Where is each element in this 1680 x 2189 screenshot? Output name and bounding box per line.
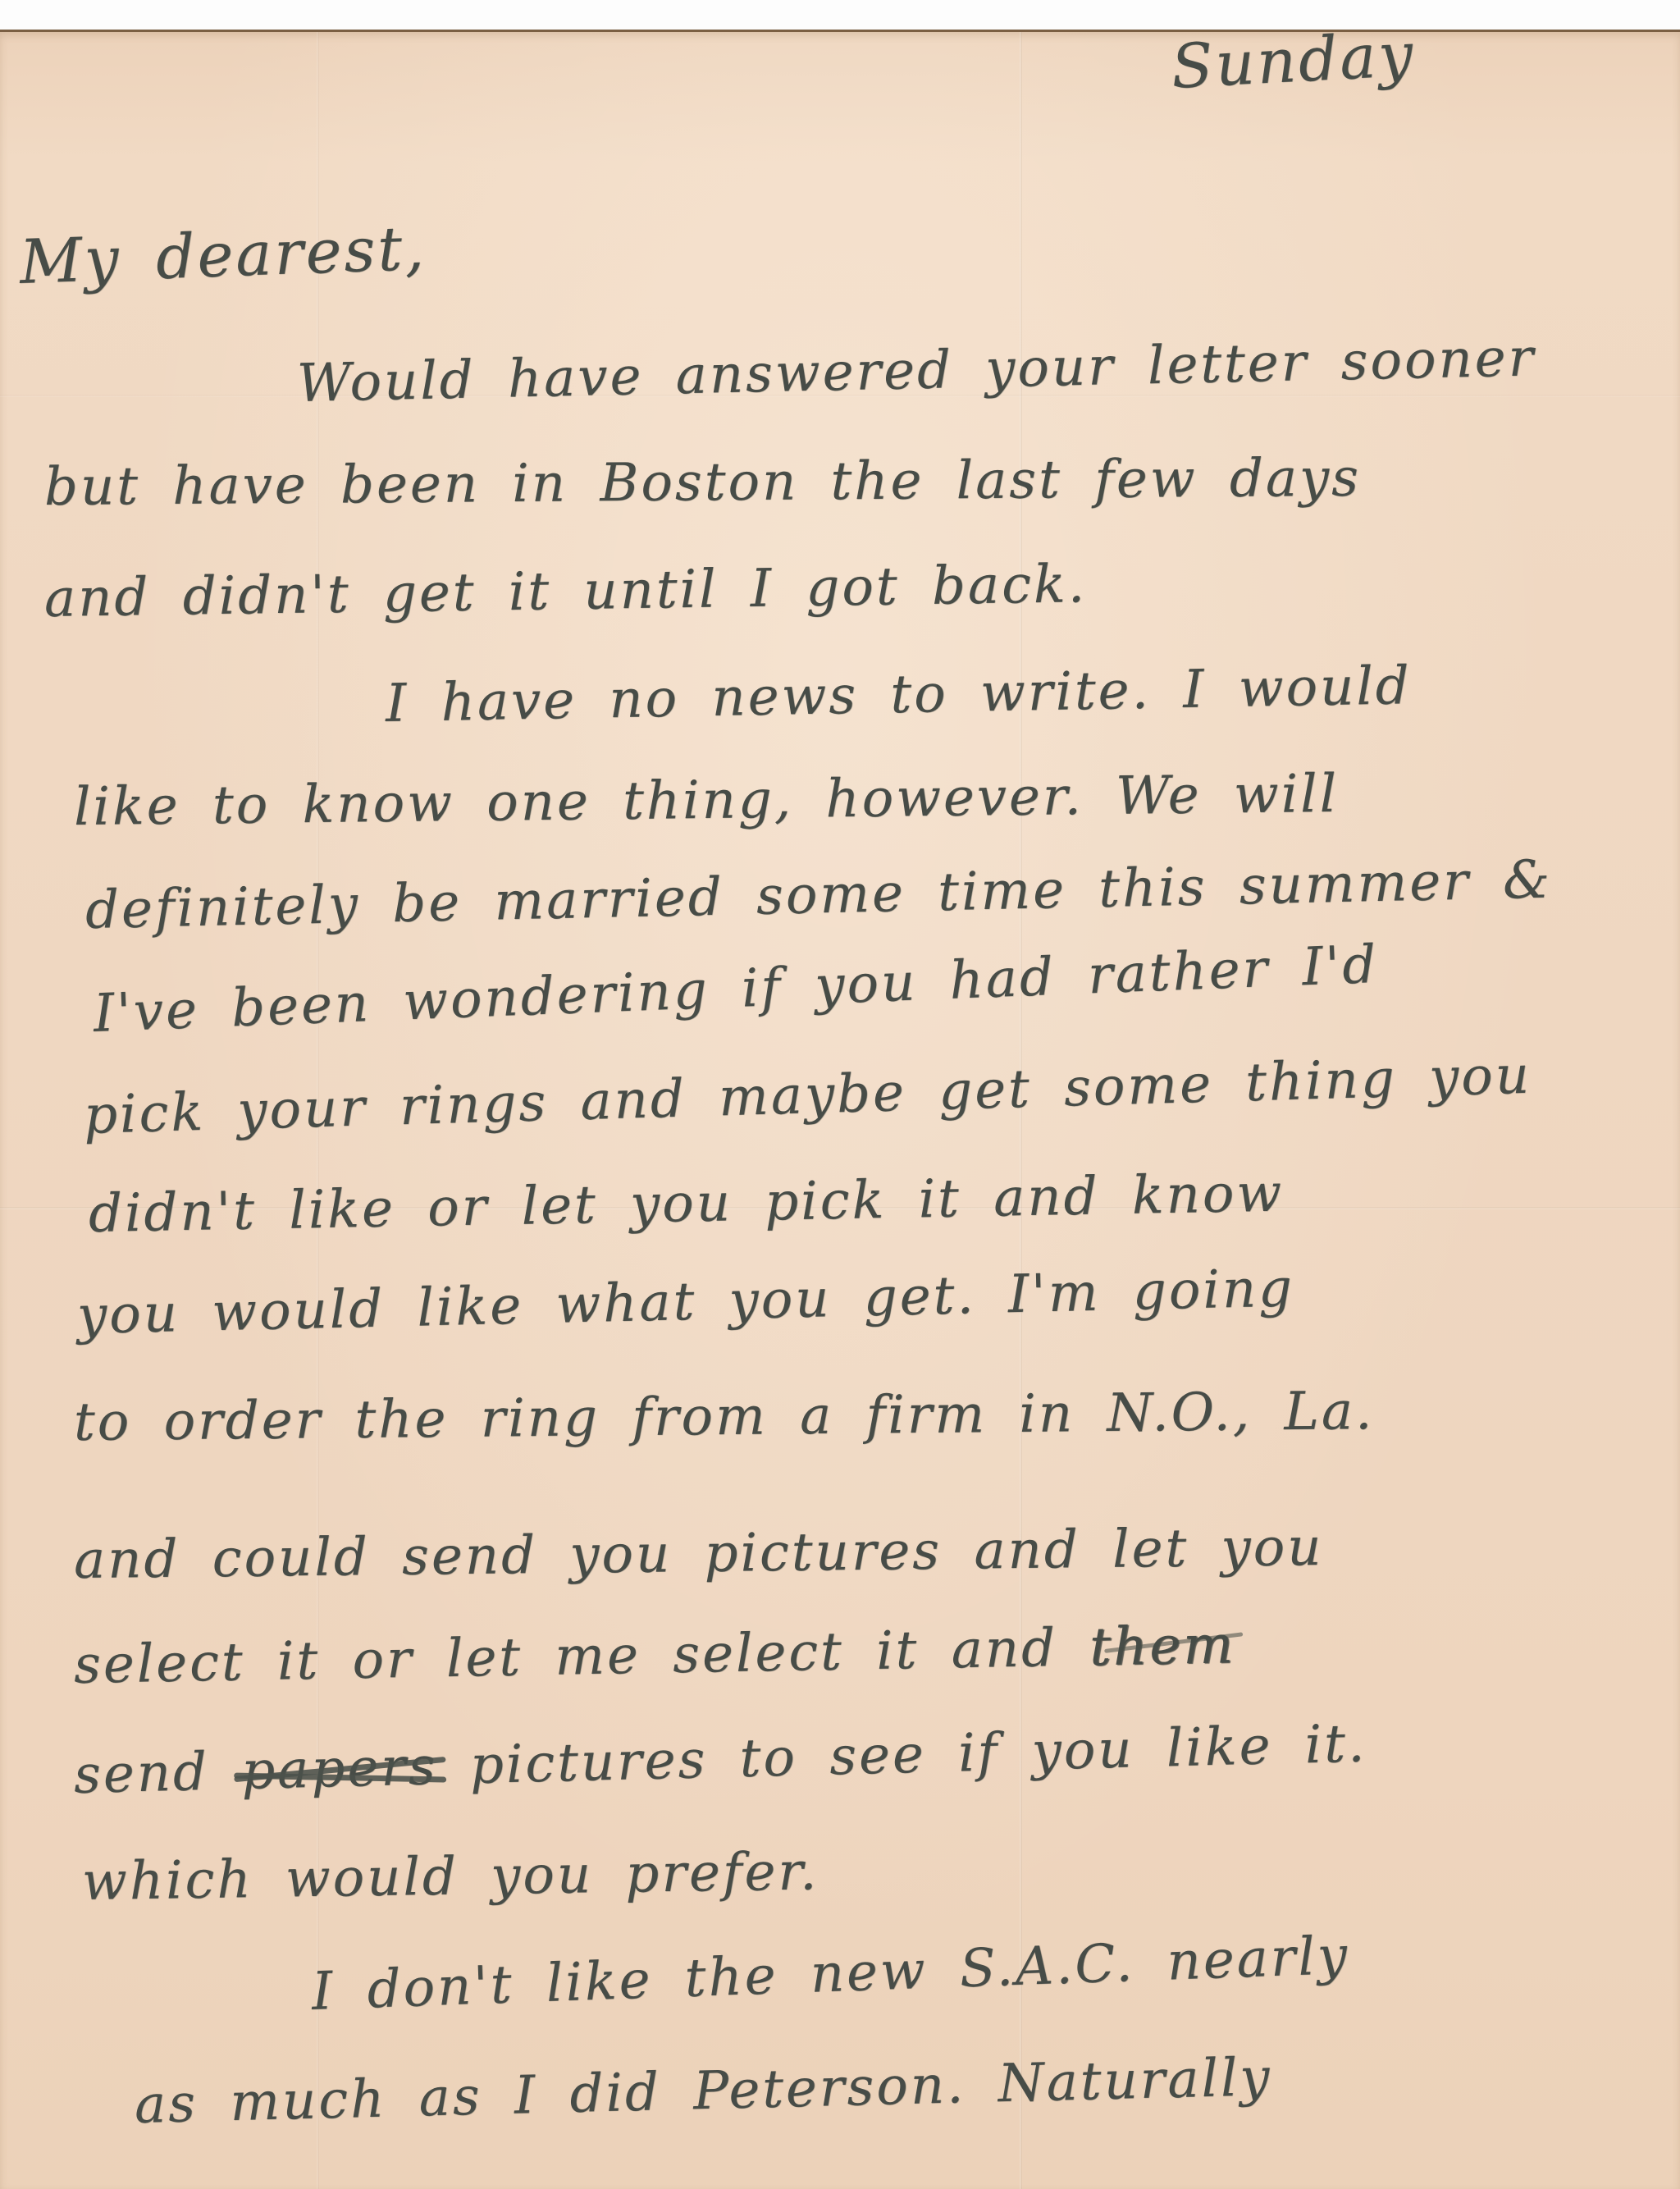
letter-line: and didn't get it until I got back.: [43, 554, 1087, 629]
letter-line: didn't like or let you pick it and know: [88, 1163, 1284, 1245]
letter-line: Would have answered your letter sooner: [296, 327, 1536, 414]
letter-line: and could send you pictures and let you: [74, 1517, 1324, 1591]
letter-line: pick your rings and maybe get some thing…: [83, 1045, 1532, 1146]
letter-line: like to know one thing, however. We will: [74, 764, 1340, 838]
letter-line: definitely be married some time this sum…: [84, 850, 1552, 941]
scan-background: Sunday My dearest, Would have answered y…: [0, 0, 1680, 2187]
letter-line: I have no news to write. I would: [385, 656, 1412, 734]
letter-line-text: pictures to see if you like it.: [437, 1713, 1367, 1797]
letter-line: select it or let me select it and them: [73, 1615, 1235, 1696]
dateline: Sunday: [1170, 19, 1417, 102]
letter-line: send papers pictures to see if you like …: [73, 1713, 1367, 1805]
letter-line: I don't like the new S.A.C. nearly: [311, 1926, 1350, 2022]
struck-word: papers: [240, 1736, 438, 1802]
letter-line: but have been in Boston the last few day…: [44, 448, 1362, 518]
letter-line: which would you prefer.: [81, 1841, 819, 1913]
letter-line: you would like what you get. I'm going: [76, 1258, 1295, 1346]
letter-line: to order the ring from a firm in N.O., L…: [74, 1381, 1375, 1453]
letter-paper: Sunday My dearest, Would have answered y…: [0, 30, 1680, 2187]
letter-line-text: select it or let me select it and: [73, 1617, 1090, 1696]
letter-line: I've been wondering if you had rather I'…: [93, 935, 1380, 1044]
salutation: My dearest,: [18, 213, 427, 298]
scribbled-word: them: [1089, 1615, 1236, 1678]
letter-line: as much as I did Peterson. Naturally: [134, 2047, 1272, 2136]
letter-line-text: send: [73, 1741, 242, 1806]
